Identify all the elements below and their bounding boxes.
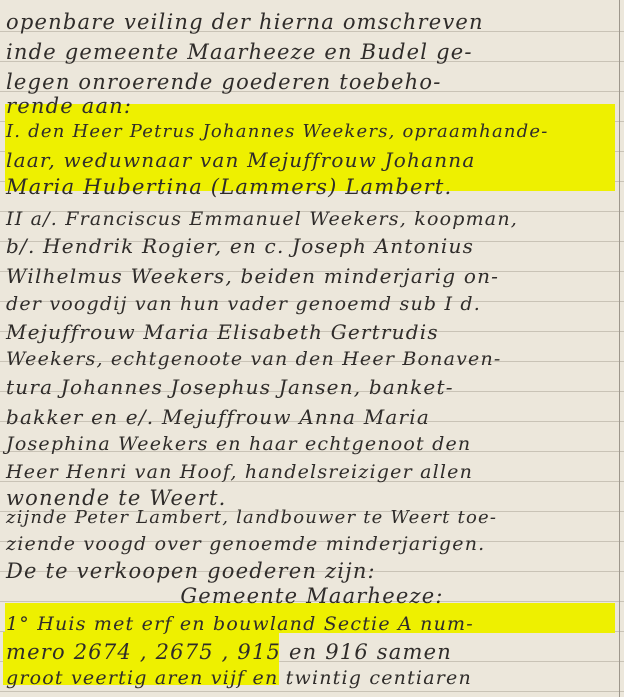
text-line-23: 1° Huis met erf en bouwland Sectie A num…: [6, 610, 474, 638]
text-line-8: II a/. Franciscus Emmanuel Weekers, koop…: [6, 205, 518, 233]
text-line-9: b/. Hendrik Rogier, en c. Joseph Antoniu…: [6, 232, 474, 260]
text-line-12: Mejuffrouw Maria Elisabeth Gertrudis: [6, 318, 439, 346]
text-line-24: mero 2674 , 2675 , 915 en 916 samen: [6, 638, 452, 666]
text-line-16: Josephina Weekers en haar echtgenoot den: [6, 430, 471, 458]
text-line-17: Heer Henri van Hoof, handelsreiziger all…: [6, 458, 473, 486]
text-line-7: Maria Hubertina (Lammers) Lambert.: [6, 173, 452, 201]
text-line-21: De te verkoopen goederen zijn:: [6, 557, 376, 585]
handwritten-document-page: openbare veiling der hierna omschreven i…: [0, 0, 624, 697]
text-line-19: zijnde Peter Lambert, landbouwer te Weer…: [6, 504, 497, 532]
text-line-13: Weekers, echtgenoote van den Heer Bonave…: [6, 345, 502, 373]
section-heading-gemeente-maarheeze: Gemeente Maarheeze:: [0, 582, 624, 610]
text-line-15: bakker en e/. Mejuffrouw Anna Maria: [6, 403, 430, 431]
text-line-5: I. den Heer Petrus Johannes Weekers, opr…: [6, 118, 549, 146]
text-line-6: laar, weduwnaar van Mejuffrouw Johanna: [6, 146, 476, 174]
text-line-4: rende aan:: [6, 92, 132, 120]
text-line-11: der voogdij van hun vader genoemd sub I …: [6, 290, 481, 318]
text-line-1: openbare veiling der hierna omschreven: [6, 8, 484, 36]
text-line-2: inde gemeente Maarheeze en Budel ge-: [6, 38, 473, 66]
text-line-20: ziende voogd over genoemde minderjarigen…: [6, 530, 485, 558]
text-line-14: tura Johannes Josephus Jansen, banket-: [6, 373, 454, 401]
text-line-25: groot veertig aren vijf en twintig centi…: [6, 664, 472, 692]
text-line-10: Wilhelmus Weekers, beiden minderjarig on…: [6, 262, 499, 290]
